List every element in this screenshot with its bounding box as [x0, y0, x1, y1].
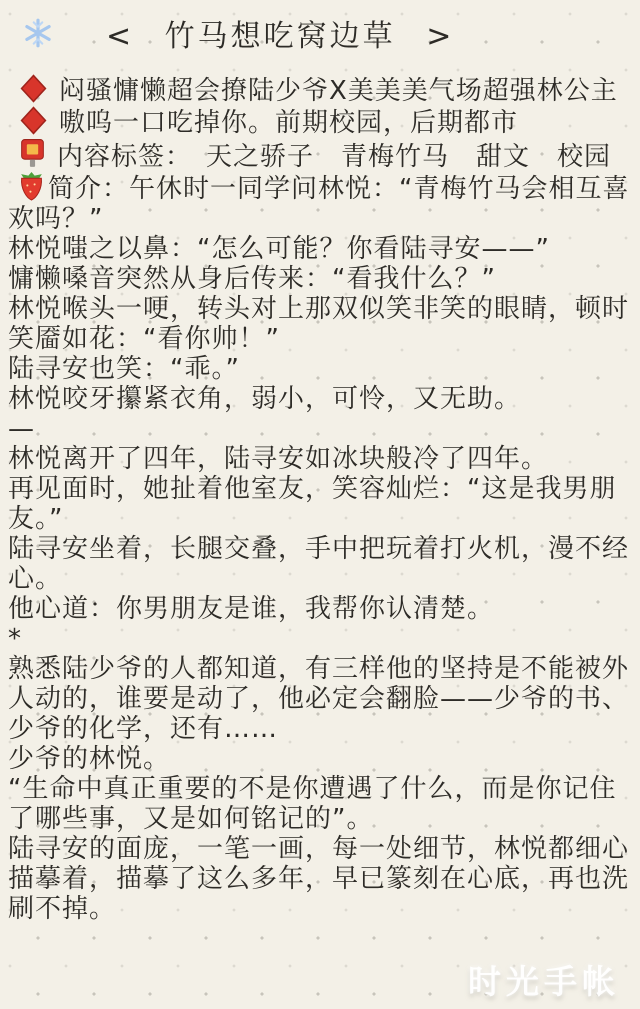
paragraph-text: “生命中真正重要的不是你遭遇了什么，而是你记住了哪些事，又是如何铭记的”。: [8, 774, 616, 834]
note-page: < 竹马想吃窝边草 > 闷骚慵懒超会撩陆少爷X美美美气场超强林公主嗷呜一口吃掉你…: [0, 0, 640, 1009]
paragraph: 闷骚慵懒超会撩陆少爷X美美美气场超强林公主: [8, 74, 634, 106]
paragraph-text: 林悦喉头一哽，转头对上那双似笑非笑的眼睛，顿时笑靥如花：“看你帅！”: [8, 294, 629, 354]
paragraph: 陆寻安也笑：“乖。”: [8, 354, 634, 384]
paragraph: 嗷呜一口吃掉你。前期校园，后期都市: [8, 106, 634, 138]
paragraph: *: [8, 624, 634, 654]
paragraph: 内容标签： 天之骄子 青梅竹马 甜文 校园: [8, 138, 634, 172]
paragraph-text: 陆寻安的面庞，一笔一画，每一处细节，林悦都细心描摹着，描摹了这么多年，早已篆刻在…: [8, 834, 629, 924]
paragraph: “生命中真正重要的不是你遭遇了什么，而是你记住了哪些事，又是如何铭记的”。: [8, 774, 634, 834]
diamond-icon: [20, 74, 47, 103]
paragraph-text: 熟悉陆少爷的人都知道，有三样他的坚持是不能被外人动的，谁要是动了，他必定会翻脸—…: [8, 654, 629, 744]
paragraph-text: 嗷呜一口吃掉你。前期校园，后期都市: [59, 108, 518, 138]
paragraph: 慵懒嗓音突然从身后传来：“看我什么？”: [8, 264, 634, 294]
paragraph-text: 再见面时，她扯着他室友，笑容灿烂：“这是我男朋友。”: [8, 474, 616, 534]
page-title: < 竹马想吃窝边草 >: [106, 11, 454, 55]
paragraph-text: *: [8, 624, 22, 654]
paragraph-text: 林悦离开了四年，陆寻安如冰块般冷了四年。: [8, 444, 548, 474]
paragraph-text: 陆寻安坐着，长腿交叠，手中把玩着打火机，漫不经心。: [8, 534, 629, 594]
strawberry-icon: [18, 172, 45, 201]
paragraph: 熟悉陆少爷的人都知道，有三样他的坚持是不能被外人动的，谁要是动了，他必定会翻脸—…: [8, 654, 634, 744]
paragraph: 再见面时，她扯着他室友，笑容灿烂：“这是我男朋友。”: [8, 474, 634, 534]
note-header: < 竹马想吃窝边草 >: [8, 12, 634, 54]
paragraph: 林悦喉头一哽，转头对上那双似笑非笑的眼睛，顿时笑靥如花：“看你帅！”: [8, 294, 634, 354]
note-body: 闷骚慵懒超会撩陆少爷X美美美气场超强林公主嗷呜一口吃掉你。前期校园，后期都市内容…: [8, 74, 634, 924]
snowflake-icon: [22, 17, 54, 49]
paragraph: 少爷的林悦。: [8, 744, 634, 774]
paragraph-text: 陆寻安也笑：“乖。”: [8, 354, 240, 384]
paragraph: 陆寻安的面庞，一笔一画，每一处细节，林悦都细心描摹着，描摹了这么多年，早已篆刻在…: [8, 834, 634, 924]
paragraph: 简介：午休时一同学问林悦：“青梅竹马会相互喜欢吗？”: [8, 172, 634, 234]
paragraph-text: 慵懒嗓音突然从身后传来：“看我什么？”: [8, 264, 496, 294]
paragraph-text: 他心道：你男朋友是谁，我帮你认清楚。: [8, 594, 494, 624]
watermark: 时光手帐: [468, 956, 620, 1003]
paragraph: 林悦离开了四年，陆寻安如冰块般冷了四年。: [8, 444, 634, 474]
paragraph: 林悦嗤之以鼻：“怎么可能？你看陆寻安——”: [8, 234, 634, 264]
paragraph-text: 闷骚慵懒超会撩陆少爷X美美美气场超强林公主: [59, 76, 618, 106]
paragraph-text: 林悦嗤之以鼻：“怎么可能？你看陆寻安——”: [8, 234, 550, 264]
paragraph: 他心道：你男朋友是谁，我帮你认清楚。: [8, 594, 634, 624]
diamond-icon: [20, 106, 47, 135]
paragraph: 陆寻安坐着，长腿交叠，手中把玩着打火机，漫不经心。: [8, 534, 634, 594]
paragraph-text: 简介：午休时一同学问林悦：“青梅竹马会相互喜欢吗？”: [8, 174, 629, 234]
paragraph-text: —: [8, 414, 35, 444]
paragraph-text: 内容标签： 天之骄子 青梅竹马 甜文 校园: [57, 142, 611, 172]
paragraph: —: [8, 414, 634, 444]
placard-icon: [20, 138, 45, 169]
paragraph-text: 少爷的林悦。: [8, 744, 170, 774]
paragraph-text: 林悦咬牙攥紧衣角，弱小，可怜，又无助。: [8, 384, 521, 414]
paragraph: 林悦咬牙攥紧衣角，弱小，可怜，又无助。: [8, 384, 634, 414]
